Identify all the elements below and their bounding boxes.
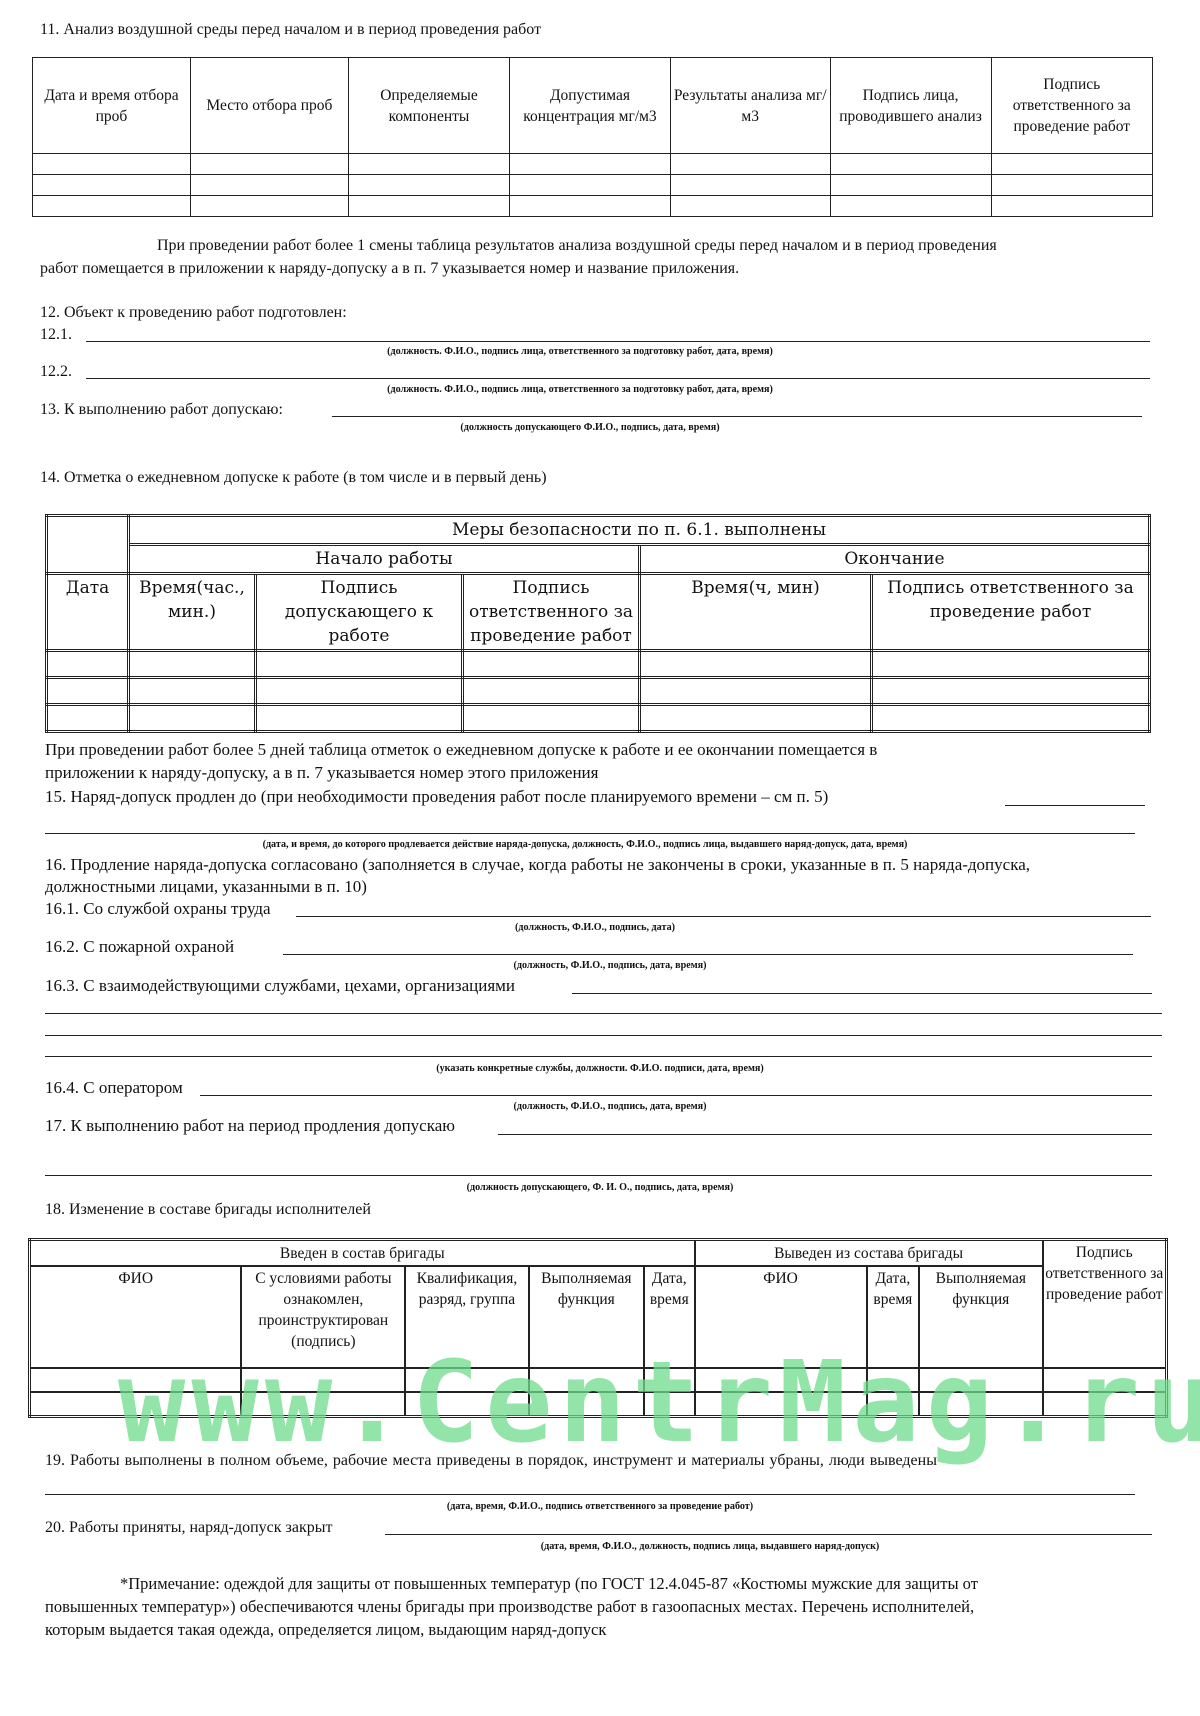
table-cell[interactable] bbox=[463, 678, 640, 705]
section-17-label: 17. К выполнению работ на период продлен… bbox=[45, 1116, 455, 1136]
table-cell[interactable] bbox=[348, 154, 509, 175]
table-cell[interactable] bbox=[405, 1392, 528, 1417]
table-cell[interactable] bbox=[33, 196, 191, 217]
table-cell[interactable] bbox=[1043, 1392, 1167, 1417]
table-cell[interactable] bbox=[872, 678, 1150, 705]
column-header: Подпись допускающего к работе bbox=[256, 574, 463, 651]
table-cell[interactable] bbox=[872, 651, 1150, 678]
column-header: Выполняемая функция bbox=[919, 1266, 1042, 1368]
section-11-note-line1: При проведении работ более 1 смены табли… bbox=[157, 236, 997, 256]
table-cell[interactable] bbox=[830, 196, 991, 217]
column-header: Дата и время отбора проб bbox=[33, 58, 191, 154]
table-cell[interactable] bbox=[1043, 1368, 1167, 1392]
table-cell[interactable] bbox=[256, 651, 463, 678]
column-header: ФИО bbox=[30, 1266, 242, 1368]
section-15-field-a[interactable] bbox=[1005, 805, 1145, 806]
table-cell[interactable] bbox=[256, 705, 463, 732]
item-16-2-hint: (должность, Ф.И.О., подпись, дата, время… bbox=[435, 959, 785, 972]
table-cell[interactable] bbox=[640, 678, 872, 705]
table-cell[interactable] bbox=[33, 154, 191, 175]
table-row bbox=[33, 175, 1153, 196]
brigade-changes-table: Введен в состав бригады Выведен из соста… bbox=[28, 1238, 1168, 1418]
section-17-field-b[interactable] bbox=[45, 1175, 1152, 1176]
section-14-note-line1: При проведении работ более 5 дней таблиц… bbox=[45, 740, 877, 760]
section-11-title: 11. Анализ воздушной среды перед началом… bbox=[40, 20, 541, 40]
table-cell[interactable] bbox=[30, 1368, 242, 1392]
table-cell[interactable] bbox=[830, 175, 991, 196]
section-14-title: 14. Отметка о ежедневном допуске к работ… bbox=[40, 468, 547, 488]
section-17-field-a[interactable] bbox=[498, 1134, 1152, 1135]
section-17-hint: (должность допускающего, Ф. И. О., подпи… bbox=[398, 1181, 803, 1194]
section-20-label: 20. Работы приняты, наряд-допуск закрыт bbox=[45, 1518, 332, 1538]
section-19-hint: (дата, время, Ф.И.О., подпись ответствен… bbox=[398, 1500, 803, 1513]
item-16-4-label: 16.4. С оператором bbox=[45, 1078, 183, 1098]
table-cell[interactable] bbox=[872, 705, 1150, 732]
table-row bbox=[47, 705, 1150, 732]
column-header: С условиями работы ознакомлен, проинстру… bbox=[241, 1266, 405, 1368]
column-header: Выполняемая функция bbox=[529, 1266, 644, 1368]
section-15-label: 15. Наряд-допуск продлен до (при необход… bbox=[45, 787, 828, 807]
item-16-3-field-c[interactable] bbox=[45, 1035, 1162, 1036]
footnote-line1: *Примечание: одеждой для защиты от повыш… bbox=[120, 1574, 978, 1594]
table-cell[interactable] bbox=[640, 705, 872, 732]
item-16-4-field[interactable] bbox=[200, 1095, 1152, 1096]
section-13-hint: (должность допускающего Ф.И.О., подпись,… bbox=[397, 421, 783, 434]
table-cell[interactable] bbox=[644, 1392, 695, 1417]
table-cell[interactable] bbox=[241, 1392, 405, 1417]
air-analysis-table: Дата и время отбора проб Место отбора пр… bbox=[32, 57, 1153, 217]
start-header: Начало работы bbox=[129, 545, 640, 574]
table-cell[interactable] bbox=[529, 1368, 644, 1392]
column-header: Результаты анализа мг/м3 bbox=[670, 58, 830, 154]
table-cell[interactable] bbox=[129, 678, 256, 705]
table-cell[interactable] bbox=[33, 175, 191, 196]
item-16-3-hint: (указать конкретные службы, должности. Ф… bbox=[379, 1062, 821, 1075]
section-19-field[interactable] bbox=[45, 1494, 1135, 1495]
item-16-1-hint: (должность, Ф.И.О., подпись, дата) bbox=[434, 921, 756, 934]
table-cell[interactable] bbox=[190, 175, 348, 196]
section-19-label: 19. Работы выполнены в полном объеме, ра… bbox=[45, 1451, 937, 1471]
signature-header: Подпись ответственного за проведение раб… bbox=[1043, 1240, 1167, 1369]
item-16-4-hint: (должность, Ф.И.О., подпись, дата, время… bbox=[435, 1100, 785, 1113]
table-cell[interactable] bbox=[830, 154, 991, 175]
table-cell[interactable] bbox=[867, 1368, 920, 1392]
column-header: Подпись ответственного за проведение раб… bbox=[991, 58, 1152, 154]
section-15-hint: (дата, и время, до которого продлевается… bbox=[157, 838, 1013, 851]
item-12-2-hint: (должность. Ф.И.О., подпись лица, ответс… bbox=[322, 383, 837, 396]
section-20-hint: (дата, время, Ф.И.О., должность, подпись… bbox=[489, 1540, 931, 1553]
section-18-title: 18. Изменение в составе бригады исполнит… bbox=[45, 1200, 371, 1220]
column-header: Дата, время bbox=[867, 1266, 920, 1368]
table-cell[interactable] bbox=[348, 196, 509, 217]
column-header: Подпись лица, проводившего анализ bbox=[830, 58, 991, 154]
column-header: Определяемые компоненты bbox=[348, 58, 509, 154]
table-cell[interactable] bbox=[129, 651, 256, 678]
table-cell[interactable] bbox=[991, 196, 1152, 217]
table-cell[interactable] bbox=[47, 678, 129, 705]
removed-header: Выведен из состава бригады bbox=[695, 1240, 1043, 1267]
column-header: Дата bbox=[47, 574, 129, 651]
table-cell[interactable] bbox=[47, 651, 129, 678]
added-header: Введен в состав бригады bbox=[30, 1240, 695, 1267]
table-cell[interactable] bbox=[670, 175, 830, 196]
item-16-3-field-d[interactable] bbox=[45, 1056, 1152, 1057]
table-cell[interactable] bbox=[640, 651, 872, 678]
item-12-1-label: 12.1. bbox=[40, 325, 72, 345]
footnote-line3: которым выдается такая одежда, определяе… bbox=[45, 1620, 606, 1640]
column-header: ФИО bbox=[695, 1266, 867, 1368]
column-header: Время(час., мин.) bbox=[129, 574, 256, 651]
table-row bbox=[47, 651, 1150, 678]
column-header: Подпись ответственного за проведение раб… bbox=[463, 574, 640, 651]
item-16-3-field-a[interactable] bbox=[572, 993, 1152, 994]
table-row bbox=[30, 1392, 1167, 1417]
table-cell[interactable] bbox=[463, 651, 640, 678]
item-12-1-field[interactable] bbox=[86, 341, 1150, 342]
table-cell[interactable] bbox=[510, 154, 671, 175]
table-row bbox=[33, 154, 1153, 175]
item-16-1-field[interactable] bbox=[296, 916, 1151, 917]
table-row bbox=[47, 678, 1150, 705]
table-cell[interactable] bbox=[644, 1368, 695, 1392]
table-cell[interactable] bbox=[129, 705, 256, 732]
section-16-title-line1: 16. Продление наряда-допуска согласовано… bbox=[45, 855, 1030, 875]
section-11-note-line2: работ помещается в приложении к наряду-д… bbox=[40, 259, 739, 279]
item-16-2-field[interactable] bbox=[283, 954, 1133, 955]
section-16-title-line2: должностными лицами, указанными в п. 10) bbox=[45, 877, 367, 897]
section-13-label: 13. К выполнению работ допускаю: bbox=[40, 400, 283, 420]
item-12-2-label: 12.2. bbox=[40, 362, 72, 382]
section-20-field[interactable] bbox=[385, 1534, 1152, 1535]
section-12-title: 12. Объект к проведению работ подготовле… bbox=[40, 303, 347, 323]
table-cell[interactable] bbox=[867, 1392, 920, 1417]
table-cell[interactable] bbox=[695, 1392, 867, 1417]
table-row bbox=[33, 196, 1153, 217]
item-16-2-label: 16.2. С пожарной охраной bbox=[45, 937, 234, 957]
table-cell[interactable] bbox=[510, 175, 671, 196]
table-cell[interactable] bbox=[47, 705, 129, 732]
table-cell[interactable] bbox=[529, 1392, 644, 1417]
table-cell[interactable] bbox=[348, 175, 509, 196]
group-header: Меры безопасности по п. 6.1. выполнены bbox=[129, 516, 1150, 545]
table-cell[interactable] bbox=[670, 154, 830, 175]
table-cell[interactable] bbox=[190, 154, 348, 175]
end-header: Окончание bbox=[640, 545, 1150, 574]
table-cell[interactable] bbox=[30, 1392, 242, 1417]
table-cell[interactable] bbox=[670, 196, 830, 217]
column-header: Дата, время bbox=[644, 1266, 695, 1368]
item-16-3-label: 16.3. С взаимодействующими службами, цех… bbox=[45, 976, 515, 996]
section-15-field-b[interactable] bbox=[45, 833, 1135, 834]
table-cell[interactable] bbox=[919, 1368, 1042, 1392]
table-cell[interactable] bbox=[510, 196, 671, 217]
table-row bbox=[30, 1368, 1167, 1392]
table-cell[interactable] bbox=[991, 154, 1152, 175]
table-cell[interactable] bbox=[463, 705, 640, 732]
section-14-note-line2: приложении к наряду-допуску, а в п. 7 ук… bbox=[45, 763, 598, 783]
column-header: Место отбора проб bbox=[190, 58, 348, 154]
column-header: Допустимая концентрация мг/м3 bbox=[510, 58, 671, 154]
item-12-1-hint: (должность. Ф.И.О., подпись лица, ответс… bbox=[322, 345, 837, 358]
table-cell[interactable] bbox=[190, 196, 348, 217]
empty-header-cell bbox=[47, 516, 129, 574]
table-cell[interactable] bbox=[991, 175, 1152, 196]
footnote-line2: повышенных температур») обеспечиваются ч… bbox=[45, 1597, 974, 1617]
section-13-field[interactable] bbox=[332, 416, 1142, 417]
table-cell[interactable] bbox=[405, 1368, 528, 1392]
item-12-2-field[interactable] bbox=[86, 378, 1150, 379]
item-16-3-field-b[interactable] bbox=[45, 1013, 1162, 1014]
table-cell[interactable] bbox=[256, 678, 463, 705]
table-cell[interactable] bbox=[695, 1368, 867, 1392]
column-header: Квалификация, разряд, группа bbox=[405, 1266, 528, 1368]
column-header: Время(ч, мин) bbox=[640, 574, 872, 651]
table-cell[interactable] bbox=[919, 1392, 1042, 1417]
item-16-1-label: 16.1. Со службой охраны труда bbox=[45, 899, 271, 919]
column-header: Подпись ответственного за проведение раб… bbox=[872, 574, 1150, 651]
daily-admission-table: Меры безопасности по п. 6.1. выполнены Н… bbox=[45, 514, 1151, 733]
table-cell[interactable] bbox=[241, 1368, 405, 1392]
